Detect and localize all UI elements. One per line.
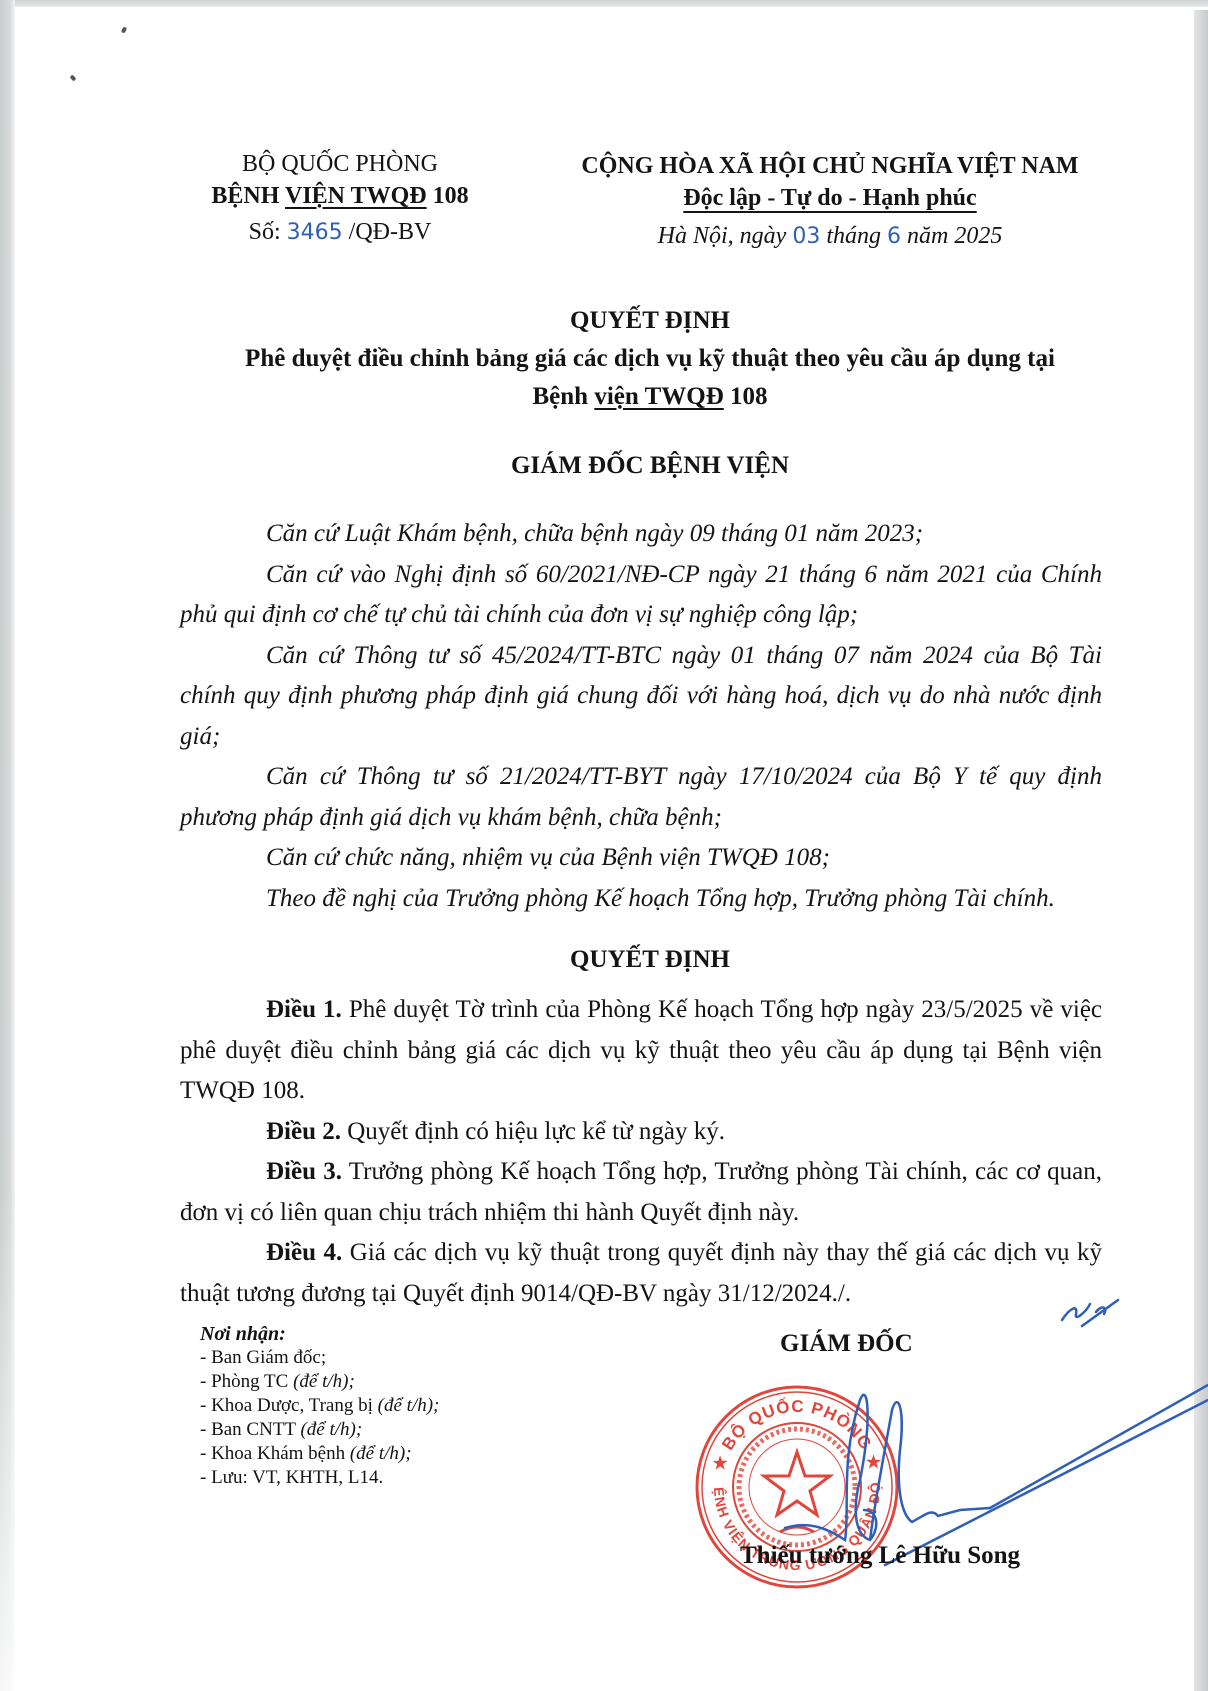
legal-grounds: Căn cứ Luật Khám bệnh, chữa bệnh ngày 09… (180, 514, 1102, 919)
place-date: Hà Nội, ngày 03 tháng 6 năm 2025 (540, 220, 1120, 253)
ground-item: Căn cứ vào Nghị định số 60/2021/NĐ-CP ng… (180, 555, 1102, 636)
recipient-item: - Lưu: VT, KHTH, L14. (200, 1466, 439, 1490)
ground-item: Theo đề nghị của Trưởng phòng Kế hoạch T… (180, 879, 1102, 920)
signer-name: Thiếu tướng Lê Hữu Song (740, 1542, 1020, 1570)
article-item: Điều 3. Trưởng phòng Kế hoạch Tổng hợp, … (180, 1152, 1102, 1233)
recipient-item: - Khoa Dược, Trang bị (để t/h); (200, 1394, 439, 1418)
recipient-note: (để t/h); (350, 1443, 412, 1464)
ground-item: Căn cứ Thông tư số 45/2024/TT-BTC ngày 0… (180, 636, 1102, 758)
number-suffix: /QĐ-BV (343, 219, 432, 245)
article-item: Điều 2. Quyết định có hiệu lực kể từ ngà… (180, 1112, 1102, 1153)
date-month-handwritten: 6 (887, 224, 901, 249)
handwritten-initial-icon (1056, 1290, 1126, 1332)
ministry-name: BỘ QUỐC PHÒNG (180, 148, 500, 180)
issuing-authority: BỘ QUỐC PHÒNG BỆNH VIỆN TWQĐ 108 Số: 346… (180, 148, 500, 249)
recipient-text: - Ban CNTT (200, 1419, 300, 1440)
article-label: Điều 4. (266, 1239, 342, 1266)
ground-item: Căn cứ Luật Khám bệnh, chữa bệnh ngày 09… (180, 514, 1102, 555)
article-item: Điều 4. Giá các dịch vụ kỹ thuật trong q… (180, 1233, 1102, 1314)
hospital-name: BỆNH VIỆN TWQĐ 108 (180, 180, 500, 212)
recipient-item: - Phòng TC (để t/h); (200, 1370, 439, 1394)
national-header: CỘNG HÒA XÃ HỘI CHỦ NGHĨA VIỆT NAM Độc l… (540, 150, 1120, 253)
subtitle-prefix: Bệnh (532, 383, 594, 410)
recipient-text: - Lưu: VT, KHTH, L14. (200, 1467, 383, 1488)
number-label: Số: (249, 219, 287, 245)
issuer-heading: GIÁM ĐỐC BỆNH VIỆN (170, 452, 1130, 480)
national-motto: Độc lập - Tự do - Hạnh phúc (540, 182, 1120, 214)
document-title-block: QUYẾT ĐỊNH Phê duyệt điều chỉnh bảng giá… (170, 302, 1130, 416)
hospital-name-underlined: VIỆN TWQĐ (285, 183, 427, 209)
document-title: QUYẾT ĐỊNH (170, 302, 1130, 340)
number-handwritten: 3465 (287, 220, 343, 245)
recipient-item: - Ban Giám đốc; (200, 1346, 439, 1370)
recipient-item: - Ban CNTT (để t/h); (200, 1418, 439, 1442)
article-label: Điều 2. (266, 1118, 341, 1145)
scan-border-top (0, 0, 1208, 7)
document-subtitle-line2: Bệnh viện TWQĐ 108 (170, 378, 1130, 416)
recipients-list: Nơi nhận: - Ban Giám đốc; - Phòng TC (để… (200, 1322, 439, 1490)
recipient-text: - Khoa Dược, Trang bị (200, 1395, 378, 1416)
articles: Điều 1. Phê duyệt Tờ trình của Phòng Kế … (180, 990, 1102, 1314)
date-month-label: tháng (820, 223, 887, 249)
recipient-note: (để t/h); (378, 1395, 440, 1416)
country-name: CỘNG HÒA XÃ HỘI CHỦ NGHĨA VIỆT NAM (540, 150, 1120, 182)
recipient-text: - Phòng TC (200, 1371, 293, 1392)
document-number: Số: 3465 /QĐ-BV (180, 216, 500, 249)
recipient-note: (để t/h); (300, 1419, 362, 1440)
article-label: Điều 1. (266, 996, 342, 1023)
recipient-item: - Khoa Khám bệnh (để t/h); (200, 1442, 439, 1466)
document-subtitle-line1: Phê duyệt điều chỉnh bảng giá các dịch v… (170, 340, 1130, 378)
subtitle-suffix: 108 (724, 383, 768, 410)
article-item: Điều 1. Phê duyệt Tờ trình của Phòng Kế … (180, 990, 1102, 1112)
hospital-name-suffix: 108 (427, 183, 469, 209)
decision-heading: QUYẾT ĐỊNH (170, 946, 1130, 974)
ground-item: Căn cứ chức năng, nhiệm vụ của Bệnh viện… (180, 838, 1102, 879)
recipients-heading: Nơi nhận: (200, 1322, 439, 1346)
recipient-note: (để t/h); (293, 1371, 355, 1392)
motto-text: Độc lập - Tự do - Hạnh phúc (683, 185, 976, 211)
date-suffix: năm 2025 (901, 223, 1002, 249)
scan-speck (70, 74, 77, 81)
hospital-name-prefix: BỆNH (211, 183, 285, 209)
article-label: Điều 3. (266, 1158, 342, 1185)
date-day-handwritten: 03 (792, 224, 820, 249)
date-prefix: Hà Nội, ngày (658, 223, 793, 249)
scan-border-left (0, 0, 15, 1691)
recipient-text: - Ban Giám đốc; (200, 1347, 326, 1368)
subtitle-underlined: viện TWQĐ (594, 383, 723, 410)
article-text: Quyết định có hiệu lực kể từ ngày ký. (341, 1118, 725, 1145)
recipient-text: - Khoa Khám bệnh (200, 1443, 350, 1464)
ground-item: Căn cứ Thông tư số 21/2024/TT-BYT ngày 1… (180, 757, 1102, 838)
scan-speck (121, 26, 127, 33)
